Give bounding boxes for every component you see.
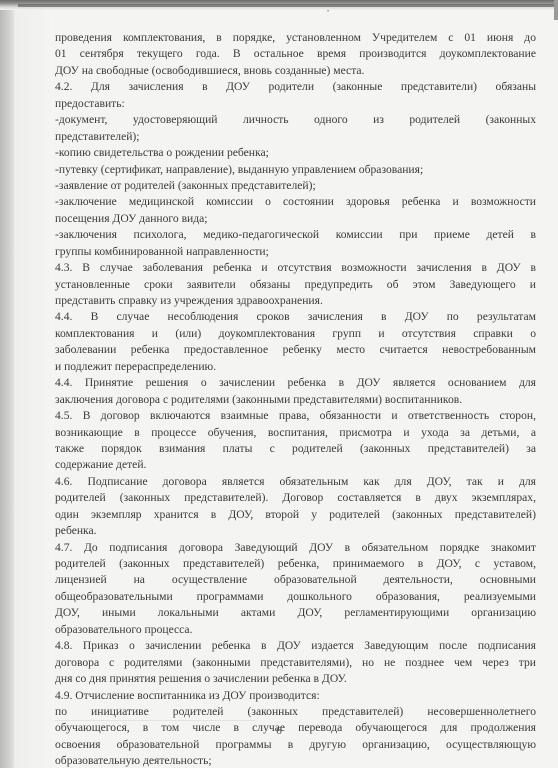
text-line: 4.7. До подписания договора Заведующий Д… [55, 540, 536, 556]
text-line: 01 сентября текущего года. В остальное в… [55, 46, 536, 62]
text-line: родителей (законных представителей). Дог… [55, 490, 536, 506]
text-line: установленные сроки заявители обязаны пр… [55, 277, 536, 293]
text-line: образовательного процесса. [55, 622, 536, 638]
page-number: 6 [0, 725, 558, 737]
text-line: дня со дня принятия решения о зачислении… [55, 671, 536, 687]
text-line: 4.4. В случае несоблюдения сроков зачисл… [55, 309, 536, 325]
text-line: один экземпляр хранится в ДОУ, второй у … [55, 507, 536, 523]
text-line: 4.5. В договор включаются взаимные права… [55, 408, 536, 424]
text-line: группы комбинированной направленности; [55, 244, 536, 260]
scan-artifact-line [55, 720, 255, 721]
text-line: -заключения психолога, медико-педагогиче… [55, 227, 536, 243]
scan-top-shadow-line [18, 4, 558, 7]
text-line: -заявление от родителей (законных предст… [55, 178, 536, 194]
text-line: заболевании ребенка предоставленное ребе… [55, 342, 536, 358]
text-line: 4.6. Подписание договора является обязат… [55, 474, 536, 490]
text-line: по инициативе родителей (законных предст… [55, 704, 536, 720]
text-line: содержание детей. [55, 457, 536, 473]
text-line: ДОУ на свободные (освободившиеся, вновь … [55, 63, 536, 79]
scan-margin [14, 0, 54, 768]
text-line: родителей (законных представителей) ребе… [55, 556, 536, 572]
scan-speck: • [327, 9, 329, 15]
text-line: 4.3. В случае заболевания ребенка и отсу… [55, 260, 536, 276]
text-line: 4.2. Для зачисления в ДОУ родители (зако… [55, 79, 536, 95]
text-line: -путевку (сертификат, направление), выда… [55, 162, 536, 178]
text-line: освоения образовательной программы в дру… [55, 737, 536, 753]
text-line: проведения комплектования, в порядке, ус… [55, 30, 536, 46]
text-line: ребенка. [55, 523, 536, 539]
text-line: договора с родителями (законными предста… [55, 655, 536, 671]
text-line: ДОУ, иными локальными актами ДОУ, реглам… [55, 605, 536, 621]
scan-left-edge [0, 0, 14, 768]
document-body: проведения комплектования, в порядке, ус… [55, 30, 536, 768]
text-line: общеобразовательными программами дошколь… [55, 589, 536, 605]
scan-right-edge [554, 0, 558, 20]
text-line: возникающие в процессе обучения, воспита… [55, 425, 536, 441]
text-line: -заключение медицинской комиссии о состо… [55, 194, 536, 210]
text-line: также порядок взимания платы с родителей… [55, 441, 536, 457]
text-line: представить справку из учреждения здраво… [55, 293, 536, 309]
text-line: и подлежит перераспределению. [55, 359, 536, 375]
text-line: -документ, удостоверяющий личность одног… [55, 112, 536, 128]
text-line: посещения ДОУ данного вида; [55, 211, 536, 227]
text-line: комплектования и (или) доукомплектования… [55, 326, 536, 342]
text-line: лицензией на осуществление образовательн… [55, 572, 536, 588]
text-line: 4.4. Принятие решения о зачислении ребен… [55, 375, 536, 391]
text-line: образовательную деятельность; [55, 753, 536, 768]
text-line: заключения договора с родителями (законн… [55, 392, 536, 408]
text-line: представителей); [55, 129, 536, 145]
text-line: предоставить: [55, 96, 536, 112]
text-line: 4.9. Отчисление воспитанника из ДОУ прои… [55, 688, 536, 704]
text-line: 4.8. Приказ о зачислении ребенка в ДОУ и… [55, 638, 536, 654]
text-line: -копию свидетельства о рождении ребенка; [55, 145, 536, 161]
